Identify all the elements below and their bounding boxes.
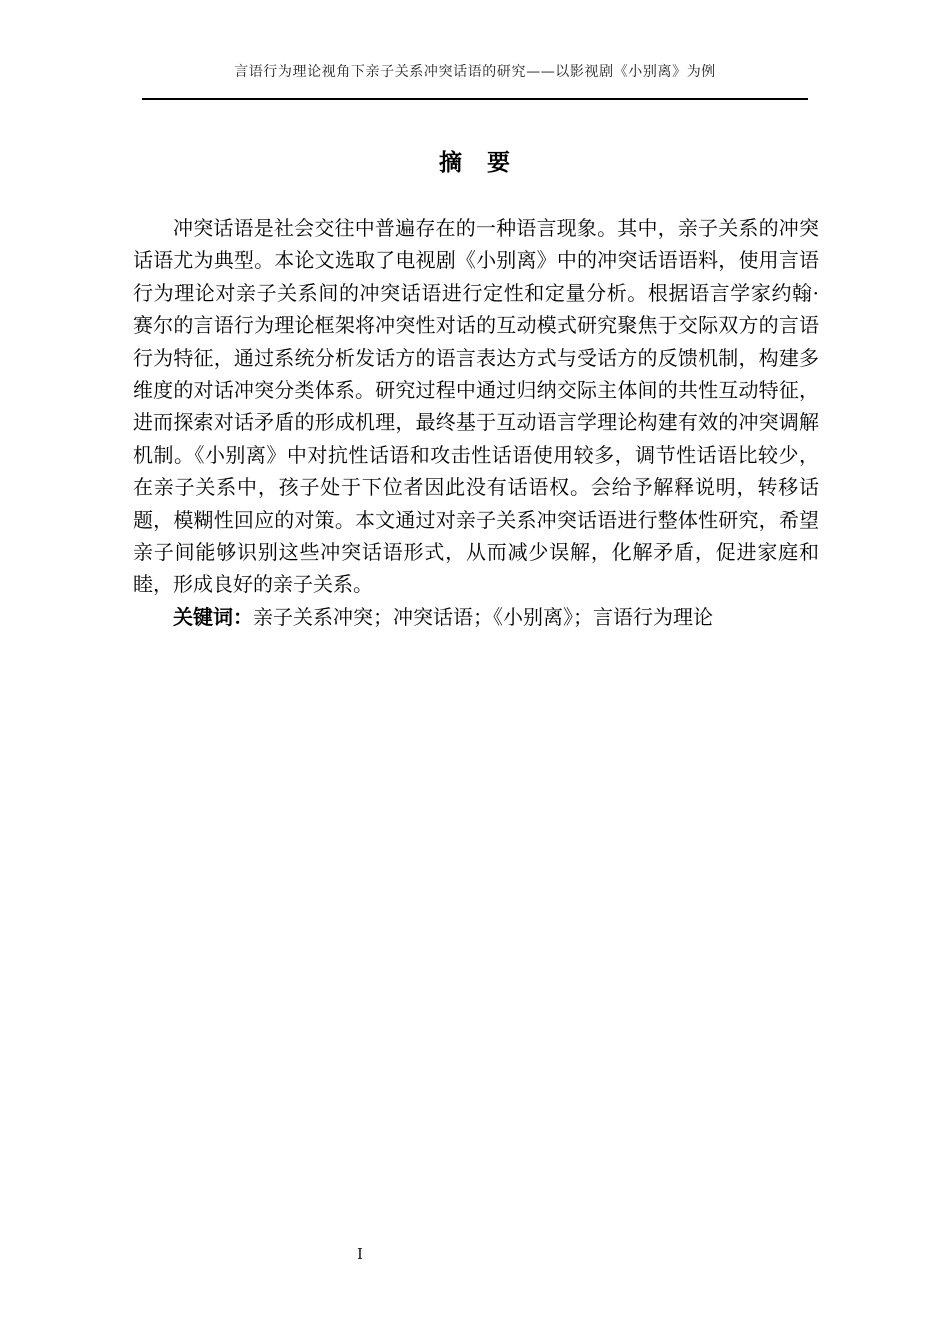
abstract-line: 亲子间能够识别这些冲突话语形式，从而减少误解，化解矛盾，促进家庭和 [133,536,819,568]
abstract-line: 话语尤为典型。本论文选取了电视剧《小别离》中的冲突话语语料，使用言语 [133,244,819,276]
abstract-line: 赛尔的言语行为理论框架将冲突性对话的互动模式研究聚焦于交际双方的言语 [133,309,819,341]
page-number: I [300,1245,420,1263]
abstract-line: 题，模糊性回应的对策。本文通过对亲子关系冲突话语进行整体性研究，希望 [133,504,819,536]
abstract-paragraph: 冲突话语是社会交往中普遍存在的一种语言现象。其中，亲子关系的冲突 话语尤为典型。… [133,212,819,633]
keywords-label: 关键词： [173,605,253,629]
abstract-line: 进而探索对话矛盾的形成机理，最终基于互动语言学理论构建有效的冲突调解 [133,406,819,438]
document-page: 言语行为理论视角下亲子关系冲突话语的研究——以影视剧《小别离》为例 摘 要 冲突… [0,0,950,1344]
abstract-line: 睦，形成良好的亲子关系。 [133,568,819,600]
abstract-line: 在亲子关系中，孩子处于下位者因此没有话语权。会给予解释说明，转移话 [133,471,819,503]
abstract-title: 摘 要 [0,144,950,177]
header-rule [142,98,808,100]
abstract-line: 冲突话语是社会交往中普遍存在的一种语言现象。其中，亲子关系的冲突 [133,212,819,244]
running-header: 言语行为理论视角下亲子关系冲突话语的研究——以影视剧《小别离》为例 [0,61,950,81]
keywords-line: 关键词：亲子关系冲突；冲突话语；《小别离》；言语行为理论 [133,601,819,633]
keywords-text: 亲子关系冲突；冲突话语；《小别离》；言语行为理论 [253,605,713,629]
abstract-line: 行为理论对亲子关系间的冲突话语进行定性和定量分析。根据语言学家约翰· [133,277,819,309]
abstract-line: 维度的对话冲突分类体系。研究过程中通过归纳交际主体间的共性互动特征， [133,374,819,406]
abstract-line: 机制。《小别离》中对抗性话语和攻击性话语使用较多，调节性话语比较少， [133,439,819,471]
abstract-line: 行为特征，通过系统分析发话方的语言表达方式与受话方的反馈机制，构建多 [133,342,819,374]
